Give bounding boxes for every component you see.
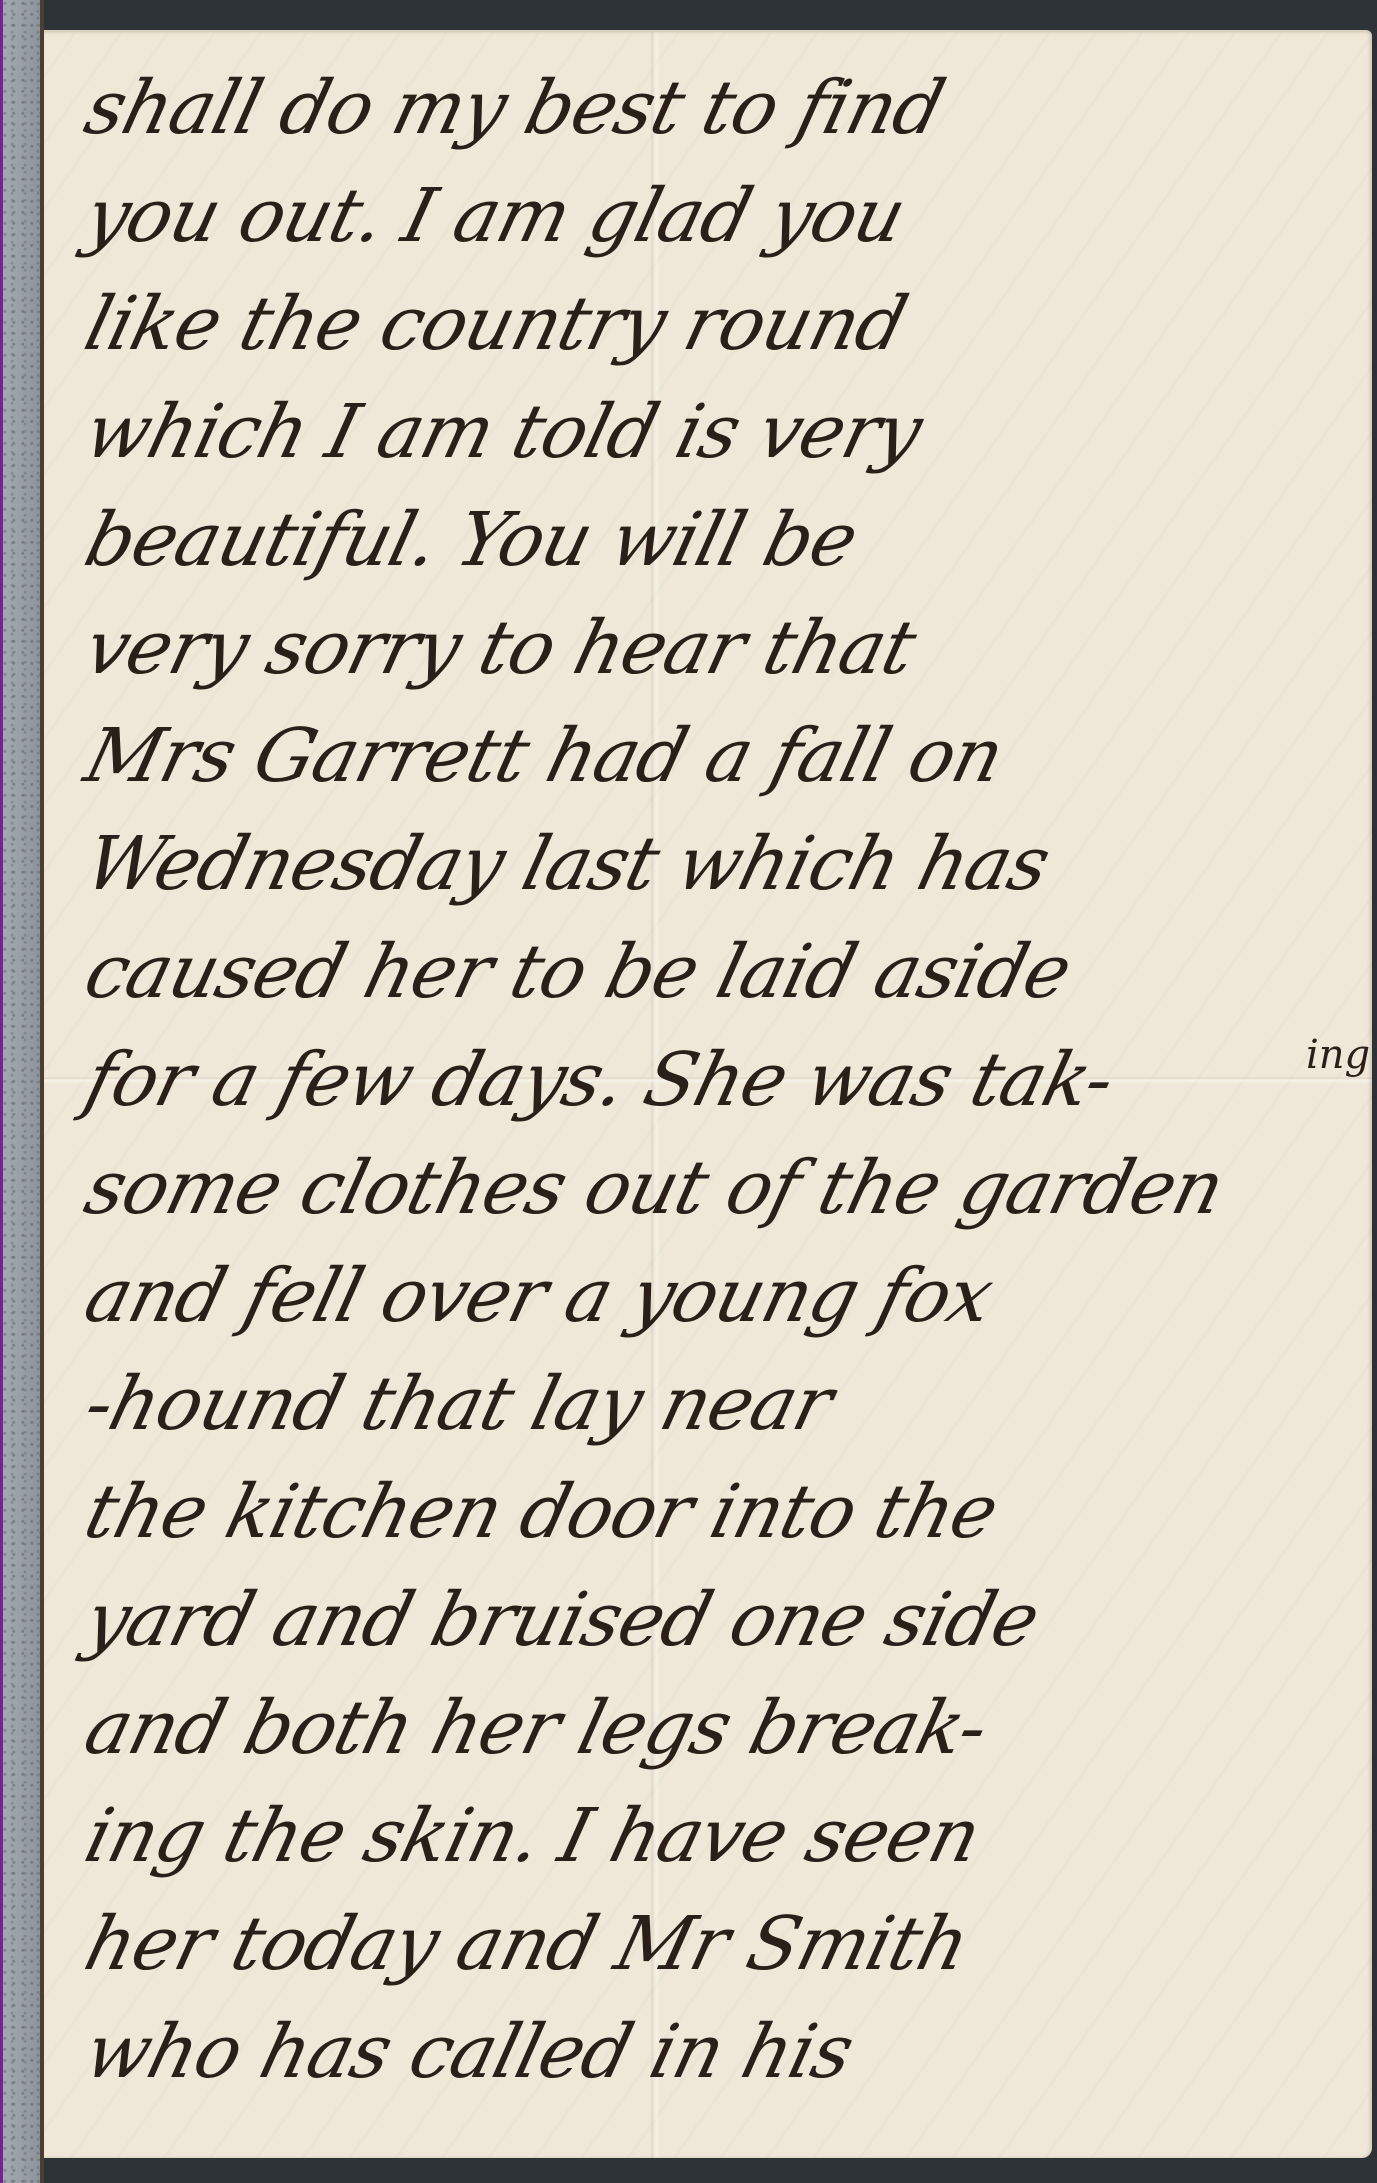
- letter-line: and fell over a young fox: [74, 1242, 1371, 1350]
- letter-line: Wednesday last which has: [74, 810, 1371, 918]
- mount-board: [3, 0, 40, 2183]
- letter-line: her today and Mr Smith: [74, 1890, 1371, 1998]
- letter-line: very sorry to hear that: [74, 594, 1371, 702]
- letter-line: some clothes out of the garden: [74, 1134, 1371, 1242]
- letter-line: Mrs Garrett had a fall on: [74, 702, 1371, 810]
- letter-line: like the country round: [74, 270, 1371, 378]
- letter-line: beautiful. You will be: [74, 486, 1371, 594]
- letter-line: shall do my best to find: [74, 54, 1371, 162]
- letter-line: for a few days. She was tak-: [74, 1026, 1371, 1134]
- scan-background-top: [44, 0, 1377, 30]
- letter-line: -hound that lay near: [74, 1350, 1371, 1458]
- letter-line: and both her legs break-: [74, 1674, 1371, 1782]
- margin-continuation: ing: [1306, 1037, 1346, 1073]
- letter-body: shall do my best to find you out. I am g…: [44, 32, 1372, 2158]
- letter-line: which I am told is very: [74, 378, 1371, 486]
- letter-line: caused her to be laid aside: [74, 918, 1371, 1026]
- letter-page: shall do my best to find you out. I am g…: [44, 30, 1372, 2158]
- letter-line: ing the skin. I have seen: [74, 1782, 1371, 1890]
- scan-background-bottom: [44, 2158, 1377, 2183]
- letter-line: the kitchen door into the: [74, 1458, 1371, 1566]
- letter-line: yard and bruised one side: [74, 1566, 1371, 1674]
- letter-line: you out. I am glad you: [74, 162, 1371, 270]
- letter-line: who has called in his: [74, 1998, 1371, 2106]
